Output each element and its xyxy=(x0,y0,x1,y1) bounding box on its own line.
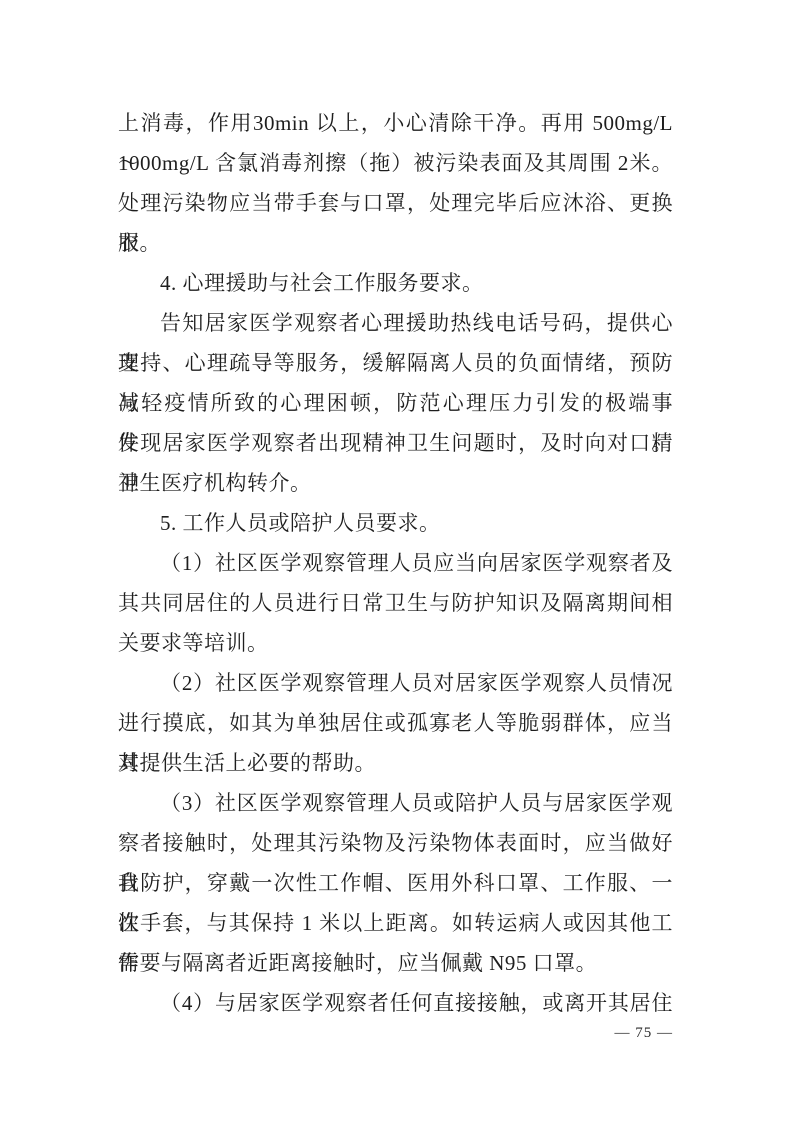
text-line: 处理污染物应当带手套与口罩，处理完毕后应沐浴、更换衣 xyxy=(118,183,673,223)
text-line: 1000mg/L 含氯消毒剂擦（拖）被污染表面及其周围 2米。 xyxy=(118,143,673,183)
text-line: 支持、心理疏导等服务，缓解隔离人员的负面情绪，预防与 xyxy=(118,343,673,383)
document-page: 上消毒，作用30min 以上，小心清除干净。再用 500mg/L～1000mg/… xyxy=(0,0,793,1122)
text-line: （1）社区医学观察管理人员应当向居家医学观察者及 xyxy=(118,543,673,583)
document-text: 上消毒，作用30min 以上，小心清除干净。再用 500mg/L～1000mg/… xyxy=(118,103,673,1023)
text-line: 其提供生活上必要的帮助。 xyxy=(118,743,673,783)
text-line: 性手套，与其保持 1 米以上距离。如转运病人或因其他工作 xyxy=(118,903,673,943)
text-line: 告知居家医学观察者心理援助热线电话号码，提供心理 xyxy=(118,303,673,343)
text-line: （4）与居家医学观察者任何直接接触，或离开其居住 xyxy=(118,983,673,1023)
text-line: 减轻疫情所致的心理困顿，防范心理压力引发的极端事件。 xyxy=(118,383,673,423)
text-line: 进行摸底，如其为单独居住或孤寡老人等脆弱群体，应当对 xyxy=(118,703,673,743)
text-line: 服。 xyxy=(118,223,673,263)
text-line: 5. 工作人员或陪护人员要求。 xyxy=(118,503,673,543)
text-line: 其共同居住的人员进行日常卫生与防护知识及隔离期间相 xyxy=(118,583,673,623)
text-line: 察者接触时，处理其污染物及污染物体表面时，应当做好自 xyxy=(118,823,673,863)
text-line: 卫生医疗机构转介。 xyxy=(118,463,673,503)
text-line: 需要与隔离者近距离接触时，应当佩戴 N95 口罩。 xyxy=(118,943,673,983)
page-number: — 75 — xyxy=(615,1025,674,1042)
text-line: （3）社区医学观察管理人员或陪护人员与居家医学观 xyxy=(118,783,673,823)
text-line: 我防护，穿戴一次性工作帽、医用外科口罩、工作服、一次 xyxy=(118,863,673,903)
text-line: 发现居家医学观察者出现精神卫生问题时，及时向对口精神 xyxy=(118,423,673,463)
text-line: 上消毒，作用30min 以上，小心清除干净。再用 500mg/L～ xyxy=(118,103,673,143)
text-line: 关要求等培训。 xyxy=(118,623,673,663)
text-line: （2）社区医学观察管理人员对居家医学观察人员情况 xyxy=(118,663,673,703)
text-line: 4. 心理援助与社会工作服务要求。 xyxy=(118,263,673,303)
